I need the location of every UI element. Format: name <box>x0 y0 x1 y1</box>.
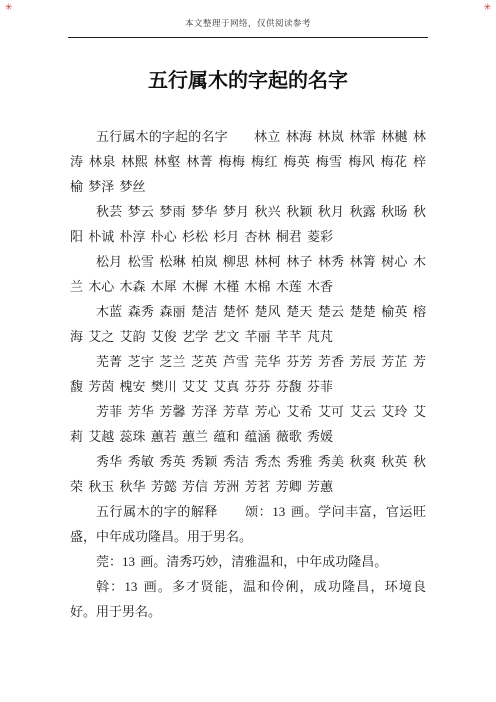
body-paragraph: 木蓝 森秀 森丽 楚洁 楚怀 楚风 楚天 楚云 楚楚 榆英 榕海 艾之 艾韵 艾… <box>70 299 426 349</box>
document-body: 五行属木的字起的名字 林立 林海 林岚 林霏 林樾 林涛 林泉 林熙 林壑 林菁… <box>70 124 426 624</box>
body-paragraph: 五行属木的字的解释 颂：13 画。学问丰富，官运旺盛，中年成功隆昌。用于男名。 <box>70 499 426 549</box>
body-paragraph: 松月 松雪 松琳 柏岚 柳思 林柯 林子 林秀 林箐 树心 木兰 木心 木森 木… <box>70 249 426 299</box>
body-paragraph: 芳菲 芳华 芳馨 芳泽 芳草 芳心 艾希 艾可 艾云 艾玲 艾莉 艾越 蕊珠 蕙… <box>70 399 426 449</box>
body-paragraph: 斡：13 画。多才贤能，温和伶俐，成功隆昌，环境良好。用于男名。 <box>70 574 426 624</box>
header-divider <box>68 37 428 38</box>
page-title: 五行属木的字起的名字 <box>0 65 496 97</box>
body-paragraph: 莞：13 画。清秀巧妙，清雅温和，中年成功隆昌。 <box>70 549 426 574</box>
body-paragraph: 秀华 秀敏 秀英 秀颖 秀洁 秀杰 秀雅 秀美 秋爽 秋英 秋荣 秋玉 秋华 芳… <box>70 449 426 499</box>
red-corner-mark-icon: ✳ <box>5 4 13 13</box>
red-corner-mark-icon: ✳ <box>483 4 491 13</box>
body-paragraph: 五行属木的字起的名字 林立 林海 林岚 林霏 林樾 林涛 林泉 林熙 林壑 林菁… <box>70 124 426 199</box>
body-paragraph: 芜菁 芝宇 芝兰 芝英 芦雪 芫华 芬芳 芳香 芳辰 芳芷 芳馥 芳茵 槐安 樊… <box>70 349 426 399</box>
body-paragraph: 秋芸 梦云 梦雨 梦华 梦月 秋兴 秋颖 秋月 秋露 秋旸 秋阳 朴诚 朴淳 朴… <box>70 199 426 249</box>
document-page: ✳ ✳ 本文整理于网络，仅供阅读参考 五行属木的字起的名字 五行属木的字起的名字… <box>0 0 496 702</box>
header-note: 本文整理于网络，仅供阅读参考 <box>0 0 496 29</box>
